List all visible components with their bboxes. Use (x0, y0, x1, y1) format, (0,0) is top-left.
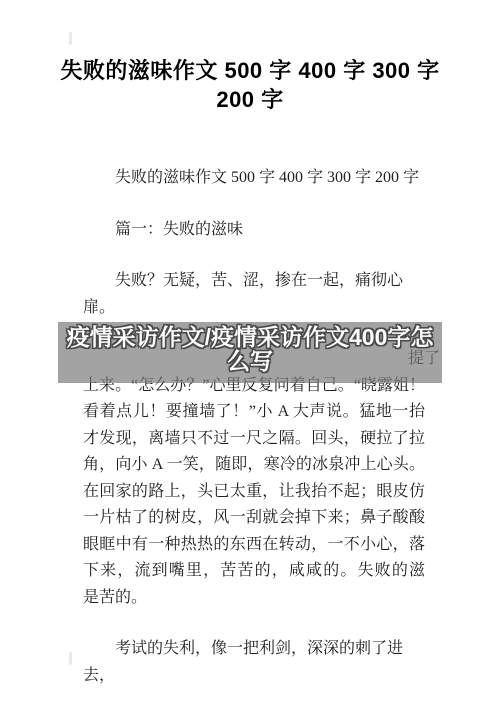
paragraph-2: 提了 上来。“怎么办？”心里反复问着自己。“晓露姐！看着点儿！要撞墙了！”小 A… (83, 346, 425, 611)
paragraph-2-line: 才发现，离墙只不过一尺之隔。回头，硬拉了拉嘴 (83, 426, 425, 453)
paragraph-3: 考试的失利，像一把利剑，深深的刺了进去， (83, 636, 425, 689)
watermark-title-line: 疫情采访作文/疫情采访作文400字怎 (58, 326, 442, 350)
page-edge-artifact-bottom (69, 652, 72, 665)
page-edge-artifact-top (69, 32, 72, 45)
watermark-banner[interactable]: 疫情采访作文/疫情采访作文400字怎么写 (58, 322, 442, 383)
paragraph-2-line: 看着点儿！要撞墙了！”小 A 大声说。猛地一抬头， (83, 399, 425, 426)
document-page: 失败的滋味作文 500 字 400 字 300 字200 字 失败的滋味作文 5… (0, 0, 500, 707)
paragraph-2-line: 眼眶中有一种热热的东西在转动，一不小心，落了 (83, 532, 425, 559)
page-title: 失败的滋味作文 500 字 400 字 300 字200 字 (0, 57, 500, 114)
paragraph-1: 失败？无疑，苦、涩，掺在一起，痛彻心扉。 (83, 268, 425, 321)
paragraph-2-line: 下来，流到嘴里，苦苦的，咸咸的。失败的滋味， (83, 558, 425, 585)
watermark-title: 疫情采访作文/疫情采访作文400字怎么写 (58, 326, 442, 373)
article-body: 失败的滋味作文 500 字 400 字 300 字 200 字 篇一：失败的滋味… (83, 165, 425, 707)
paragraph-2-line: 是苦的。 (83, 585, 425, 612)
section-heading: 篇一：失败的滋味 (83, 217, 425, 244)
paragraph-2-line: 在回家的路上，头已太重，让我抬不起；眼皮仿佛 (83, 479, 425, 506)
watermark-title-line: 么写 (58, 350, 442, 374)
article-subtitle: 失败的滋味作文 500 字 400 字 300 字 200 字 (83, 165, 425, 192)
page-title-line: 失败的滋味作文 500 字 400 字 300 字 (0, 57, 500, 86)
paragraph-2-lines: 上来。“怎么办？”心里反复问着自己。“晓露姐！看着点儿！要撞墙了！”小 A 大声… (83, 373, 425, 612)
paragraph-2-line: 角，向小 A 一笑，随即，寒冷的冰泉冲上心头。走 (83, 452, 425, 479)
paragraph-2-line: 一片枯了的树皮，风一刮就会掉下来；鼻子酸酸的。 (83, 505, 425, 532)
page-title-line: 200 字 (0, 86, 500, 115)
